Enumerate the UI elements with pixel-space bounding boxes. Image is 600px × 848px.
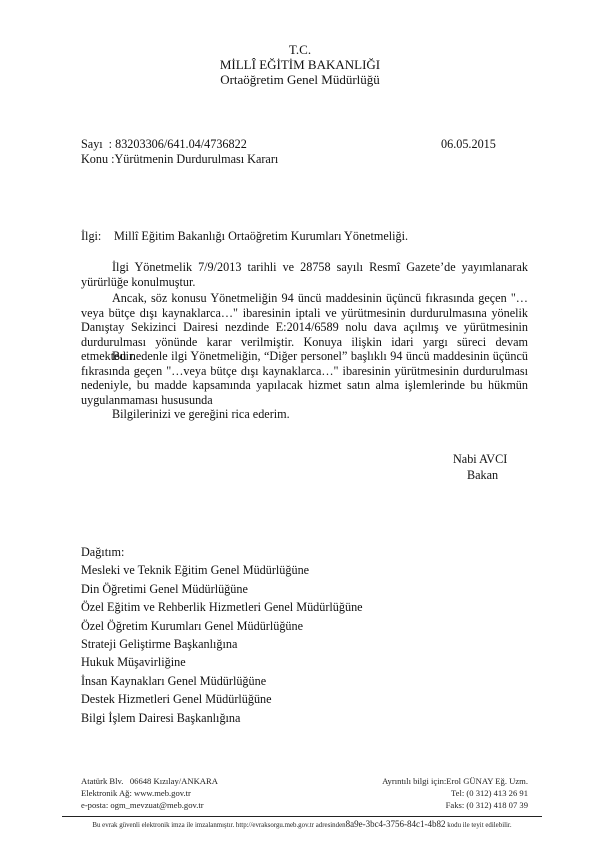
distribution-item: Özel Eğitim ve Rehberlik Hizmetleri Gene… <box>81 598 363 616</box>
header-tc: T.C. <box>0 43 600 57</box>
footer-divider <box>62 816 542 817</box>
document-date: 06.05.2015 <box>441 137 496 151</box>
signatory-title: Bakan <box>467 468 498 482</box>
sayi-value: : 83203306/641.04/4736822 <box>109 137 247 151</box>
distribution-item: Destek Hizmetleri Genel Müdürlüğüne <box>81 690 363 708</box>
konu-label: Konu <box>81 152 108 166</box>
body-paragraph-1: İlgi Yönetmelik 7/9/2013 tarihli ve 2875… <box>81 260 528 289</box>
body-paragraph-closing: Bilgilerinizi ve gereğini rica ederim. <box>81 407 528 422</box>
signatory-name: Nabi AVCI <box>453 452 507 466</box>
sayi-label: Sayı <box>81 137 103 151</box>
body-paragraph-3: Bu nedenle ilgi Yönetmeliğin, “Diğer per… <box>81 349 528 407</box>
verification-suffix: kodu ile teyit edilebilir. <box>446 822 512 829</box>
ilgi-value: Millî Eğitim Bakanlığı Ortaöğretim Kurum… <box>114 229 408 243</box>
footer-fax: Faks: (0 312) 418 07 39 <box>382 799 528 811</box>
footer-email: e-posta: ogm_mevzuat@meb.gov.tr <box>81 799 218 811</box>
footer-address: Atatürk Blv. 06648 Kızılay/ANKARA <box>81 775 218 787</box>
footer-tel: Tel: (0 312) 413 26 91 <box>382 787 528 799</box>
footer-contact-block: Ayrıntılı bilgi için:Erol GÜNAY Eğ. Uzm.… <box>382 775 528 811</box>
distribution-item: Strateji Geliştirme Başkanlığına <box>81 635 363 653</box>
verification-prefix: Bu evrak güvenli elektronik imza ile imz… <box>92 822 345 829</box>
ilgi-label: İlgi: <box>81 229 101 243</box>
konu-value: :Yürütmenin Durdurulması Kararı <box>111 152 278 166</box>
distribution-item: Din Öğretimi Genel Müdürlüğüne <box>81 580 363 598</box>
distribution-item: İnsan Kaynakları Genel Müdürlüğüne <box>81 672 363 690</box>
verification-line: Bu evrak güvenli elektronik imza ile imz… <box>62 820 542 830</box>
distribution-item: Mesleki ve Teknik Eğitim Genel Müdürlüğü… <box>81 561 363 579</box>
distribution-list: Dağıtım: Mesleki ve Teknik Eğitim Genel … <box>81 543 363 727</box>
distribution-item: Özel Öğretim Kurumları Genel Müdürlüğüne <box>81 617 363 635</box>
sayi-row: Sayı: 83203306/641.04/4736822 <box>81 137 247 151</box>
footer-address-block: Atatürk Blv. 06648 Kızılay/ANKARA Elektr… <box>81 775 218 811</box>
header-ministry: MİLLÎ EĞİTİM BAKANLIĞI <box>0 58 600 72</box>
konu-row: Konu:Yürütmenin Durdurulması Kararı <box>81 152 278 166</box>
distribution-item: Bilgi İşlem Dairesi Başkanlığına <box>81 709 363 727</box>
verification-code: 8a9e-3bc4-3756-84c1-4b82 <box>346 819 446 829</box>
distribution-item: Hukuk Müşavirliğine <box>81 653 363 671</box>
footer-web: Elektronik Ağ: www.meb.gov.tr <box>81 787 218 799</box>
distribution-label: Dağıtım: <box>81 543 363 561</box>
header-directorate: Ortaöğretim Genel Müdürlüğü <box>0 73 600 87</box>
footer-contact: Ayrıntılı bilgi için:Erol GÜNAY Eğ. Uzm. <box>382 775 528 787</box>
